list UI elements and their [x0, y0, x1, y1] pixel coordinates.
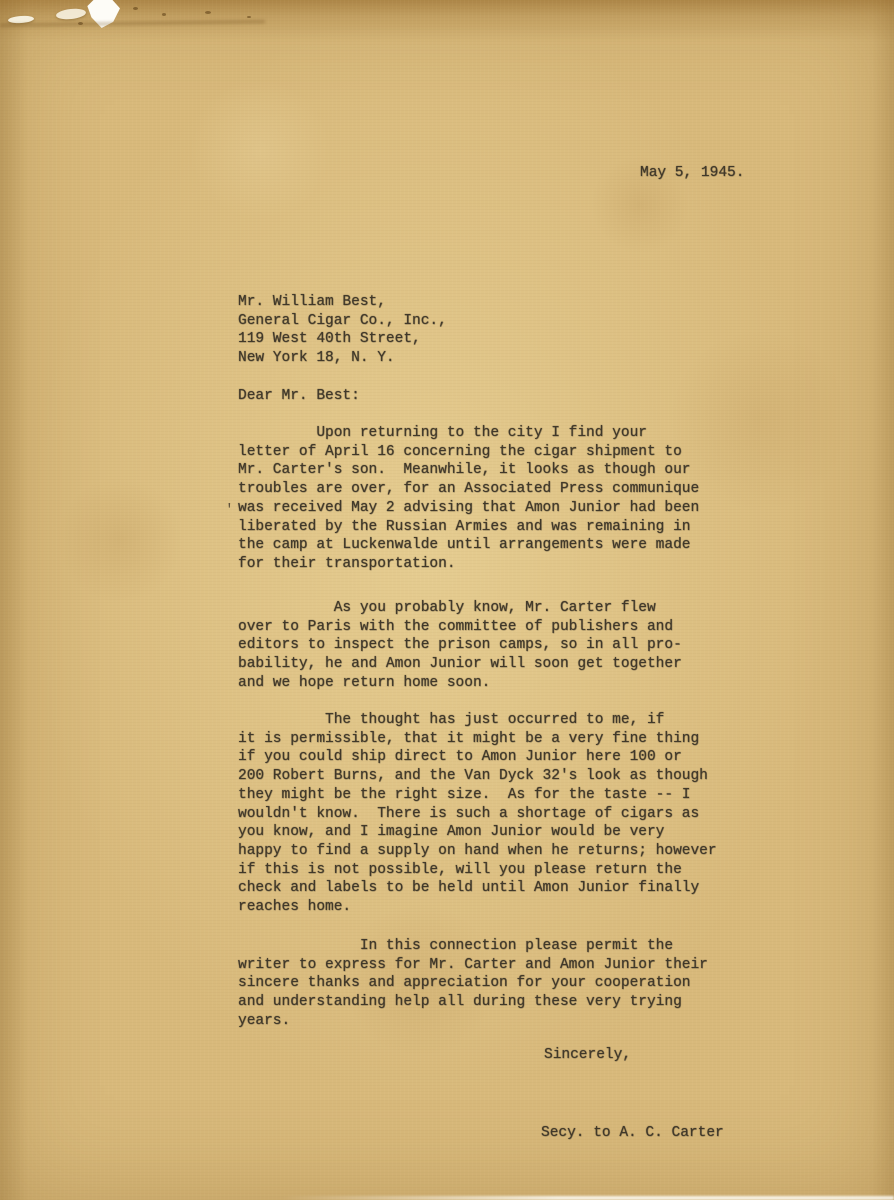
ink-speck	[247, 16, 251, 18]
ink-speck	[162, 13, 166, 16]
letter-paragraph-2: As you probably know, Mr. Carter flew ov…	[238, 599, 682, 693]
closing: Sincerely,	[544, 1046, 631, 1065]
ink-speck	[133, 7, 138, 10]
scanned-letter-page: May 5, 1945. Mr. William Best, General C…	[0, 0, 894, 1200]
salutation: Dear Mr. Best:	[238, 387, 360, 406]
stray-type-mark: '	[225, 503, 234, 519]
paper-tear-small-mid	[56, 7, 87, 20]
letter-paragraph-4: In this connection please permit the wri…	[238, 937, 708, 1031]
signature-line: Secy. to A. C. Carter	[541, 1124, 724, 1143]
letter-paragraph-3: The thought has just occurred to me, if …	[238, 711, 717, 917]
ink-speck	[78, 22, 83, 25]
scan-bottom-edge	[280, 1196, 894, 1200]
recipient-address: Mr. William Best, General Cigar Co., Inc…	[238, 293, 447, 368]
ink-speck	[205, 11, 211, 14]
letter-date: May 5, 1945.	[640, 164, 744, 183]
letter-paragraph-1: Upon returning to the city I find your l…	[238, 424, 699, 574]
paper-crease	[0, 20, 265, 27]
